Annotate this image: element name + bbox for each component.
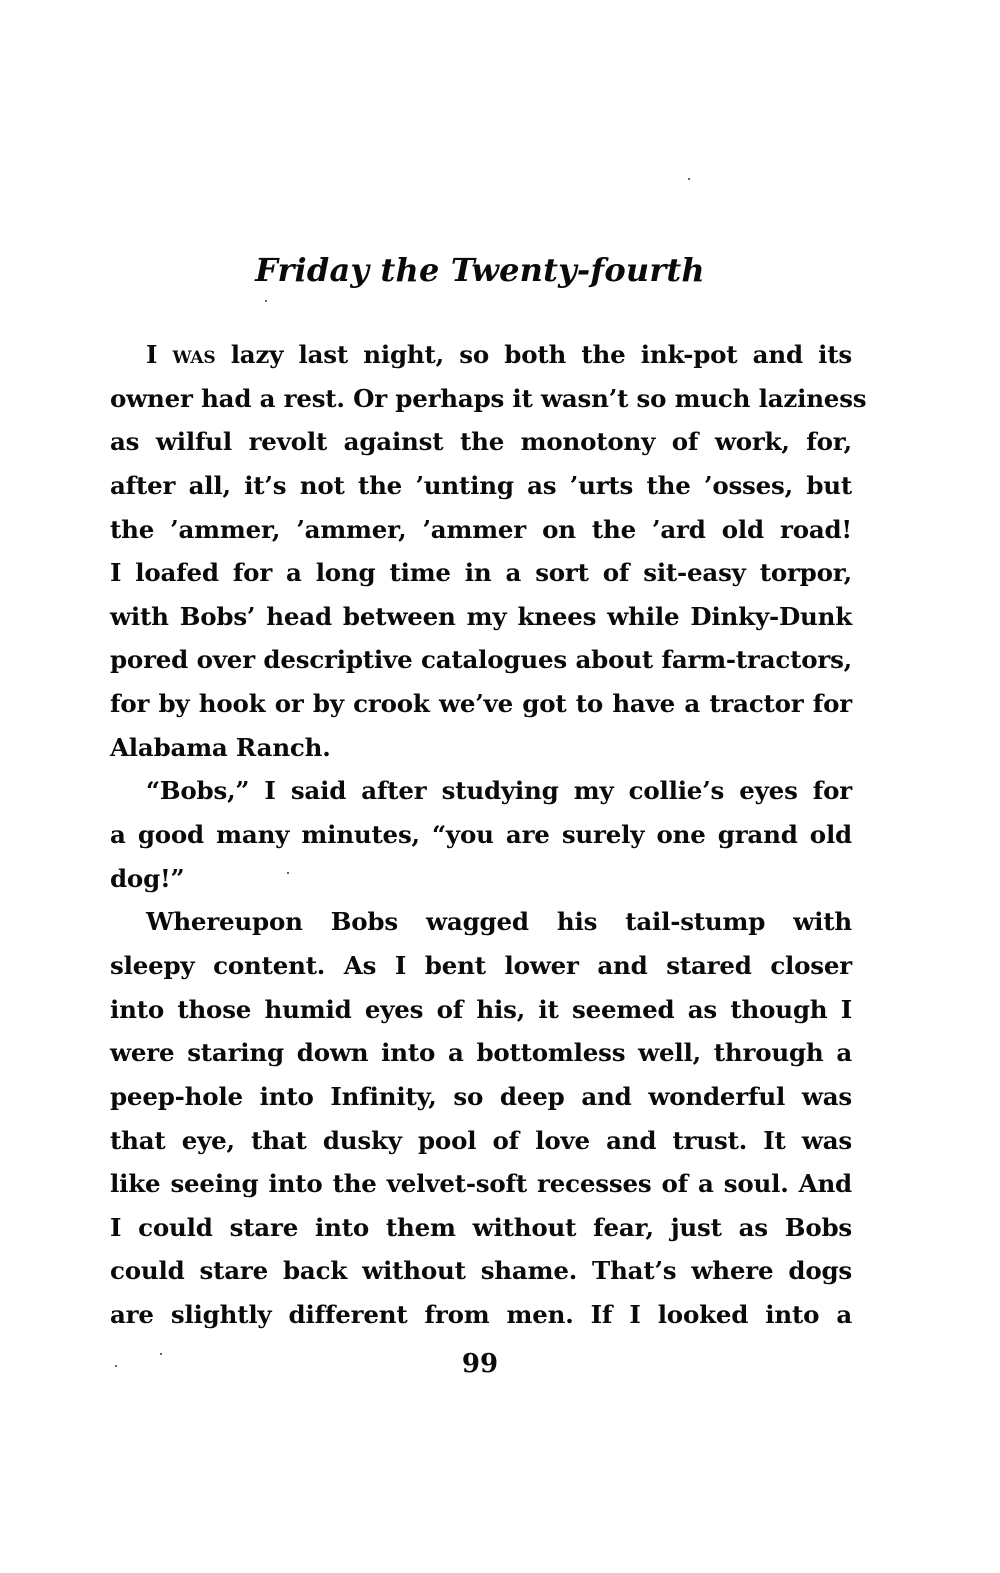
scan-speck — [160, 1353, 162, 1355]
page-number: 99 — [110, 1344, 850, 1384]
paragraph-1-line-3: as wilful revolt against the monotony of… — [110, 420, 852, 464]
paragraph-1-line-1: I was lazy last night, so both the ink-p… — [110, 333, 852, 377]
paragraph-1-line-9: for by hook or by crook we’ve got to hav… — [110, 682, 852, 726]
paragraph-1-line-8: pored over descriptive catalogues about … — [110, 638, 852, 682]
small-caps-word: was — [173, 340, 216, 369]
paragraph-1-line-10: Alabama Ranch. — [110, 726, 852, 770]
paragraph-1-line-2: owner had a rest. Or perhaps it wasn’t s… — [110, 377, 852, 421]
paragraph-3-line-7: like seeing into the velvet-soft recesse… — [110, 1162, 852, 1206]
scan-speck — [115, 1365, 117, 1367]
scan-speck — [688, 178, 690, 180]
paragraph-1-line-6: I loafed for a long time in a sort of si… — [110, 551, 852, 595]
paragraph-1-line-5: the ’ammer, ’ammer, ’ammer on the ’ard o… — [110, 508, 852, 552]
paragraph-3-line-3: into those humid eyes of his, it seemed … — [110, 988, 852, 1032]
scan-speck — [287, 872, 289, 874]
paragraph-2-line-1: “Bobs,” I said after studying my collie’… — [110, 769, 852, 813]
drop-word: I — [146, 340, 157, 369]
paragraph-3-line-1: Whereupon Bobs wagged his tail-stump wit… — [110, 900, 852, 944]
chapter-title: Friday the Twenty-fourth — [110, 248, 850, 292]
paragraph-3-line-10: are slightly different from men. If I lo… — [110, 1293, 852, 1337]
paragraph-3-line-9: could stare back without shame. That’s w… — [110, 1249, 852, 1293]
paragraph-3-line-4: were staring down into a bottomless well… — [110, 1031, 852, 1075]
paragraph-3-line-2: sleepy content. As I bent lower and star… — [110, 944, 852, 988]
scan-speck — [265, 300, 267, 302]
paragraph-3-line-6: that eye, that dusky pool of love and tr… — [110, 1119, 852, 1163]
paragraph-1-line-4: after all, it’s not the ’unting as ’urts… — [110, 464, 852, 508]
paragraph-3-line-5: peep-hole into Infinity, so deep and won… — [110, 1075, 852, 1119]
paragraph-2-line-3: dog!” — [110, 857, 852, 901]
paragraph-2-line-2: a good many minutes, “you are surely one… — [110, 813, 852, 857]
body-text: I was lazy last night, so both the ink-p… — [110, 333, 852, 1337]
paragraph-3-line-8: I could stare into them without fear, ju… — [110, 1206, 852, 1250]
book-page: Friday the Twenty-fourth I was lazy last… — [0, 0, 1000, 1573]
paragraph-1-line-7: with Bobs’ head between my knees while D… — [110, 595, 852, 639]
